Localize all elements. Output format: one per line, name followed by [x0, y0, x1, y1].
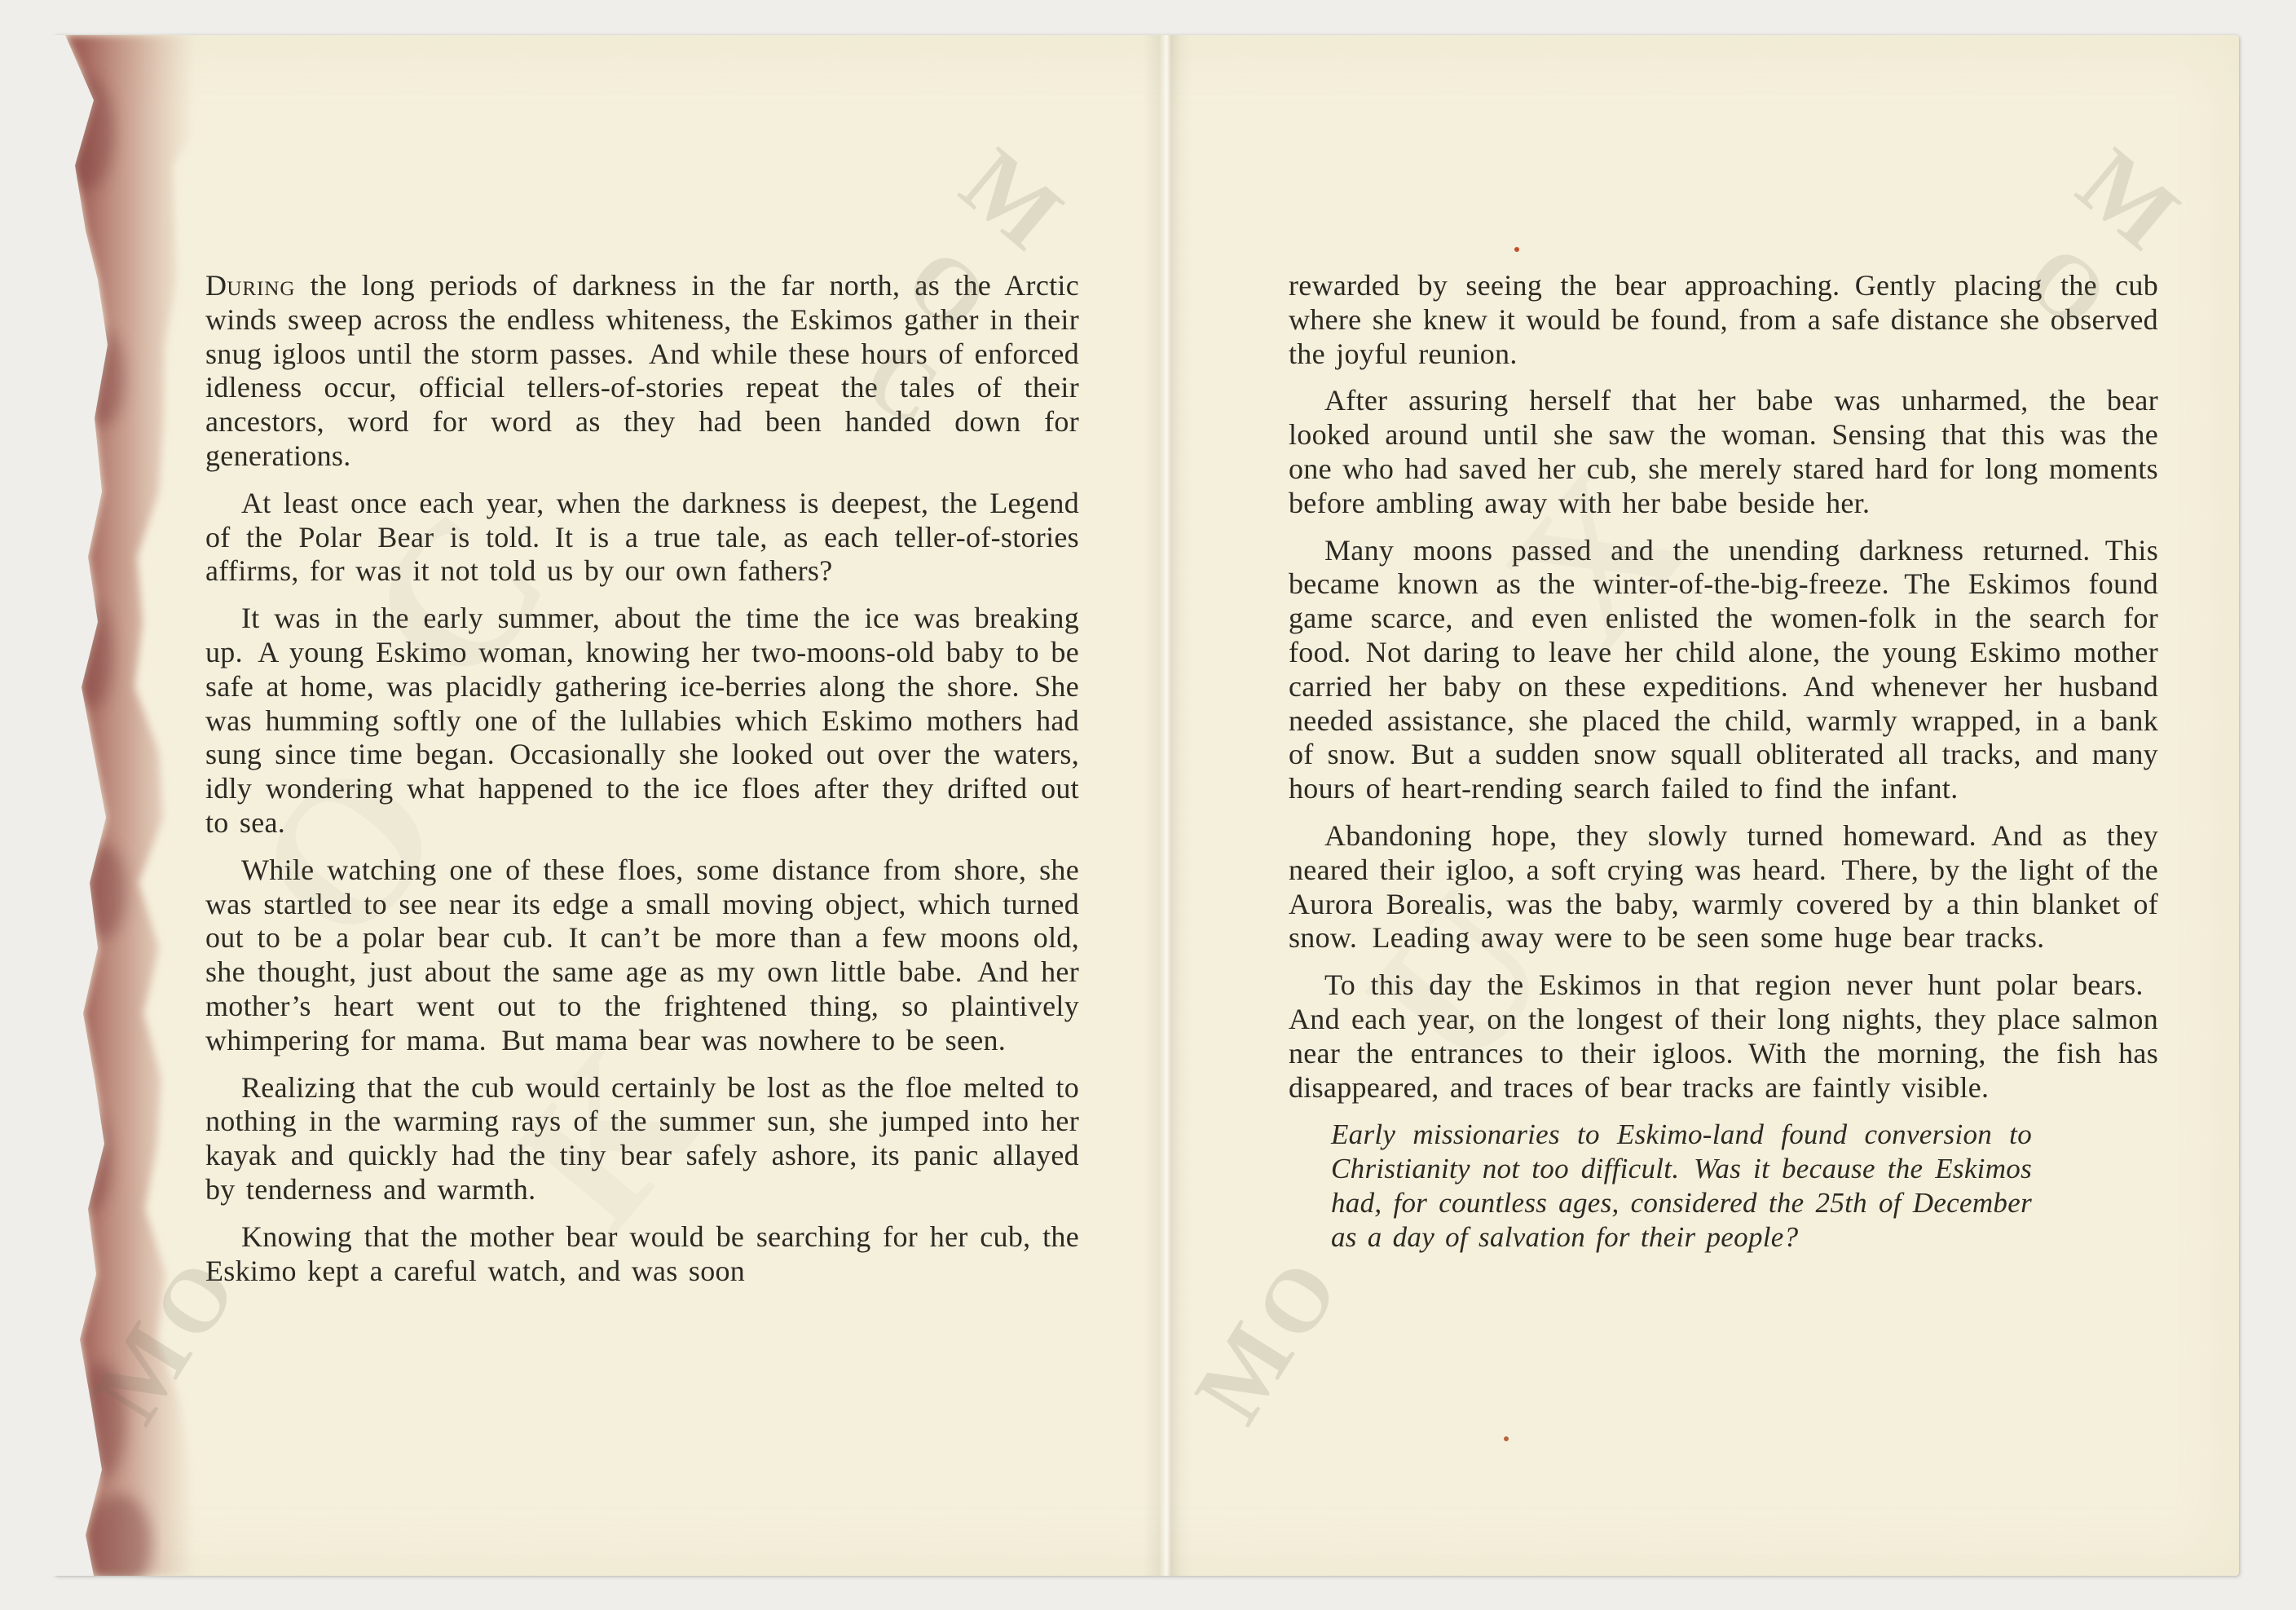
paragraph: After assuring herself that her babe was… [1289, 384, 2158, 520]
left-page-text: During the long periods of darkness in t… [205, 269, 1079, 1301]
paragraph: At least once each year, when the darkne… [205, 487, 1079, 589]
paragraph: Abandoning hope, they slowly turned home… [1289, 819, 2158, 955]
drop-initial: D [205, 269, 227, 302]
right-page-text: rewarded by seeing the bear approaching.… [1289, 269, 2158, 1268]
paragraph: Many moons passed and the unending darkn… [1289, 534, 2158, 806]
paragraph: To this day the Eskimos in that region n… [1289, 968, 2158, 1105]
scan-stage: During the long periods of darkness in t… [0, 0, 2296, 1610]
paragraph: While watching one of these floes, some … [205, 854, 1079, 1058]
paragraph: Early missionaries to Eskimo-land found … [1331, 1118, 2032, 1254]
paragraph: Knowing that the mother bear would be se… [205, 1220, 1079, 1289]
paragraph: Realizing that the cub would certainly b… [205, 1071, 1079, 1207]
paragraph: It was in the early summer, about the ti… [205, 602, 1079, 840]
paragraph: rewarded by seeing the bear approaching.… [1289, 269, 2158, 371]
paragraph: During the long periods of darkness in t… [205, 269, 1079, 474]
small-caps-opening-word: uring [227, 269, 295, 302]
